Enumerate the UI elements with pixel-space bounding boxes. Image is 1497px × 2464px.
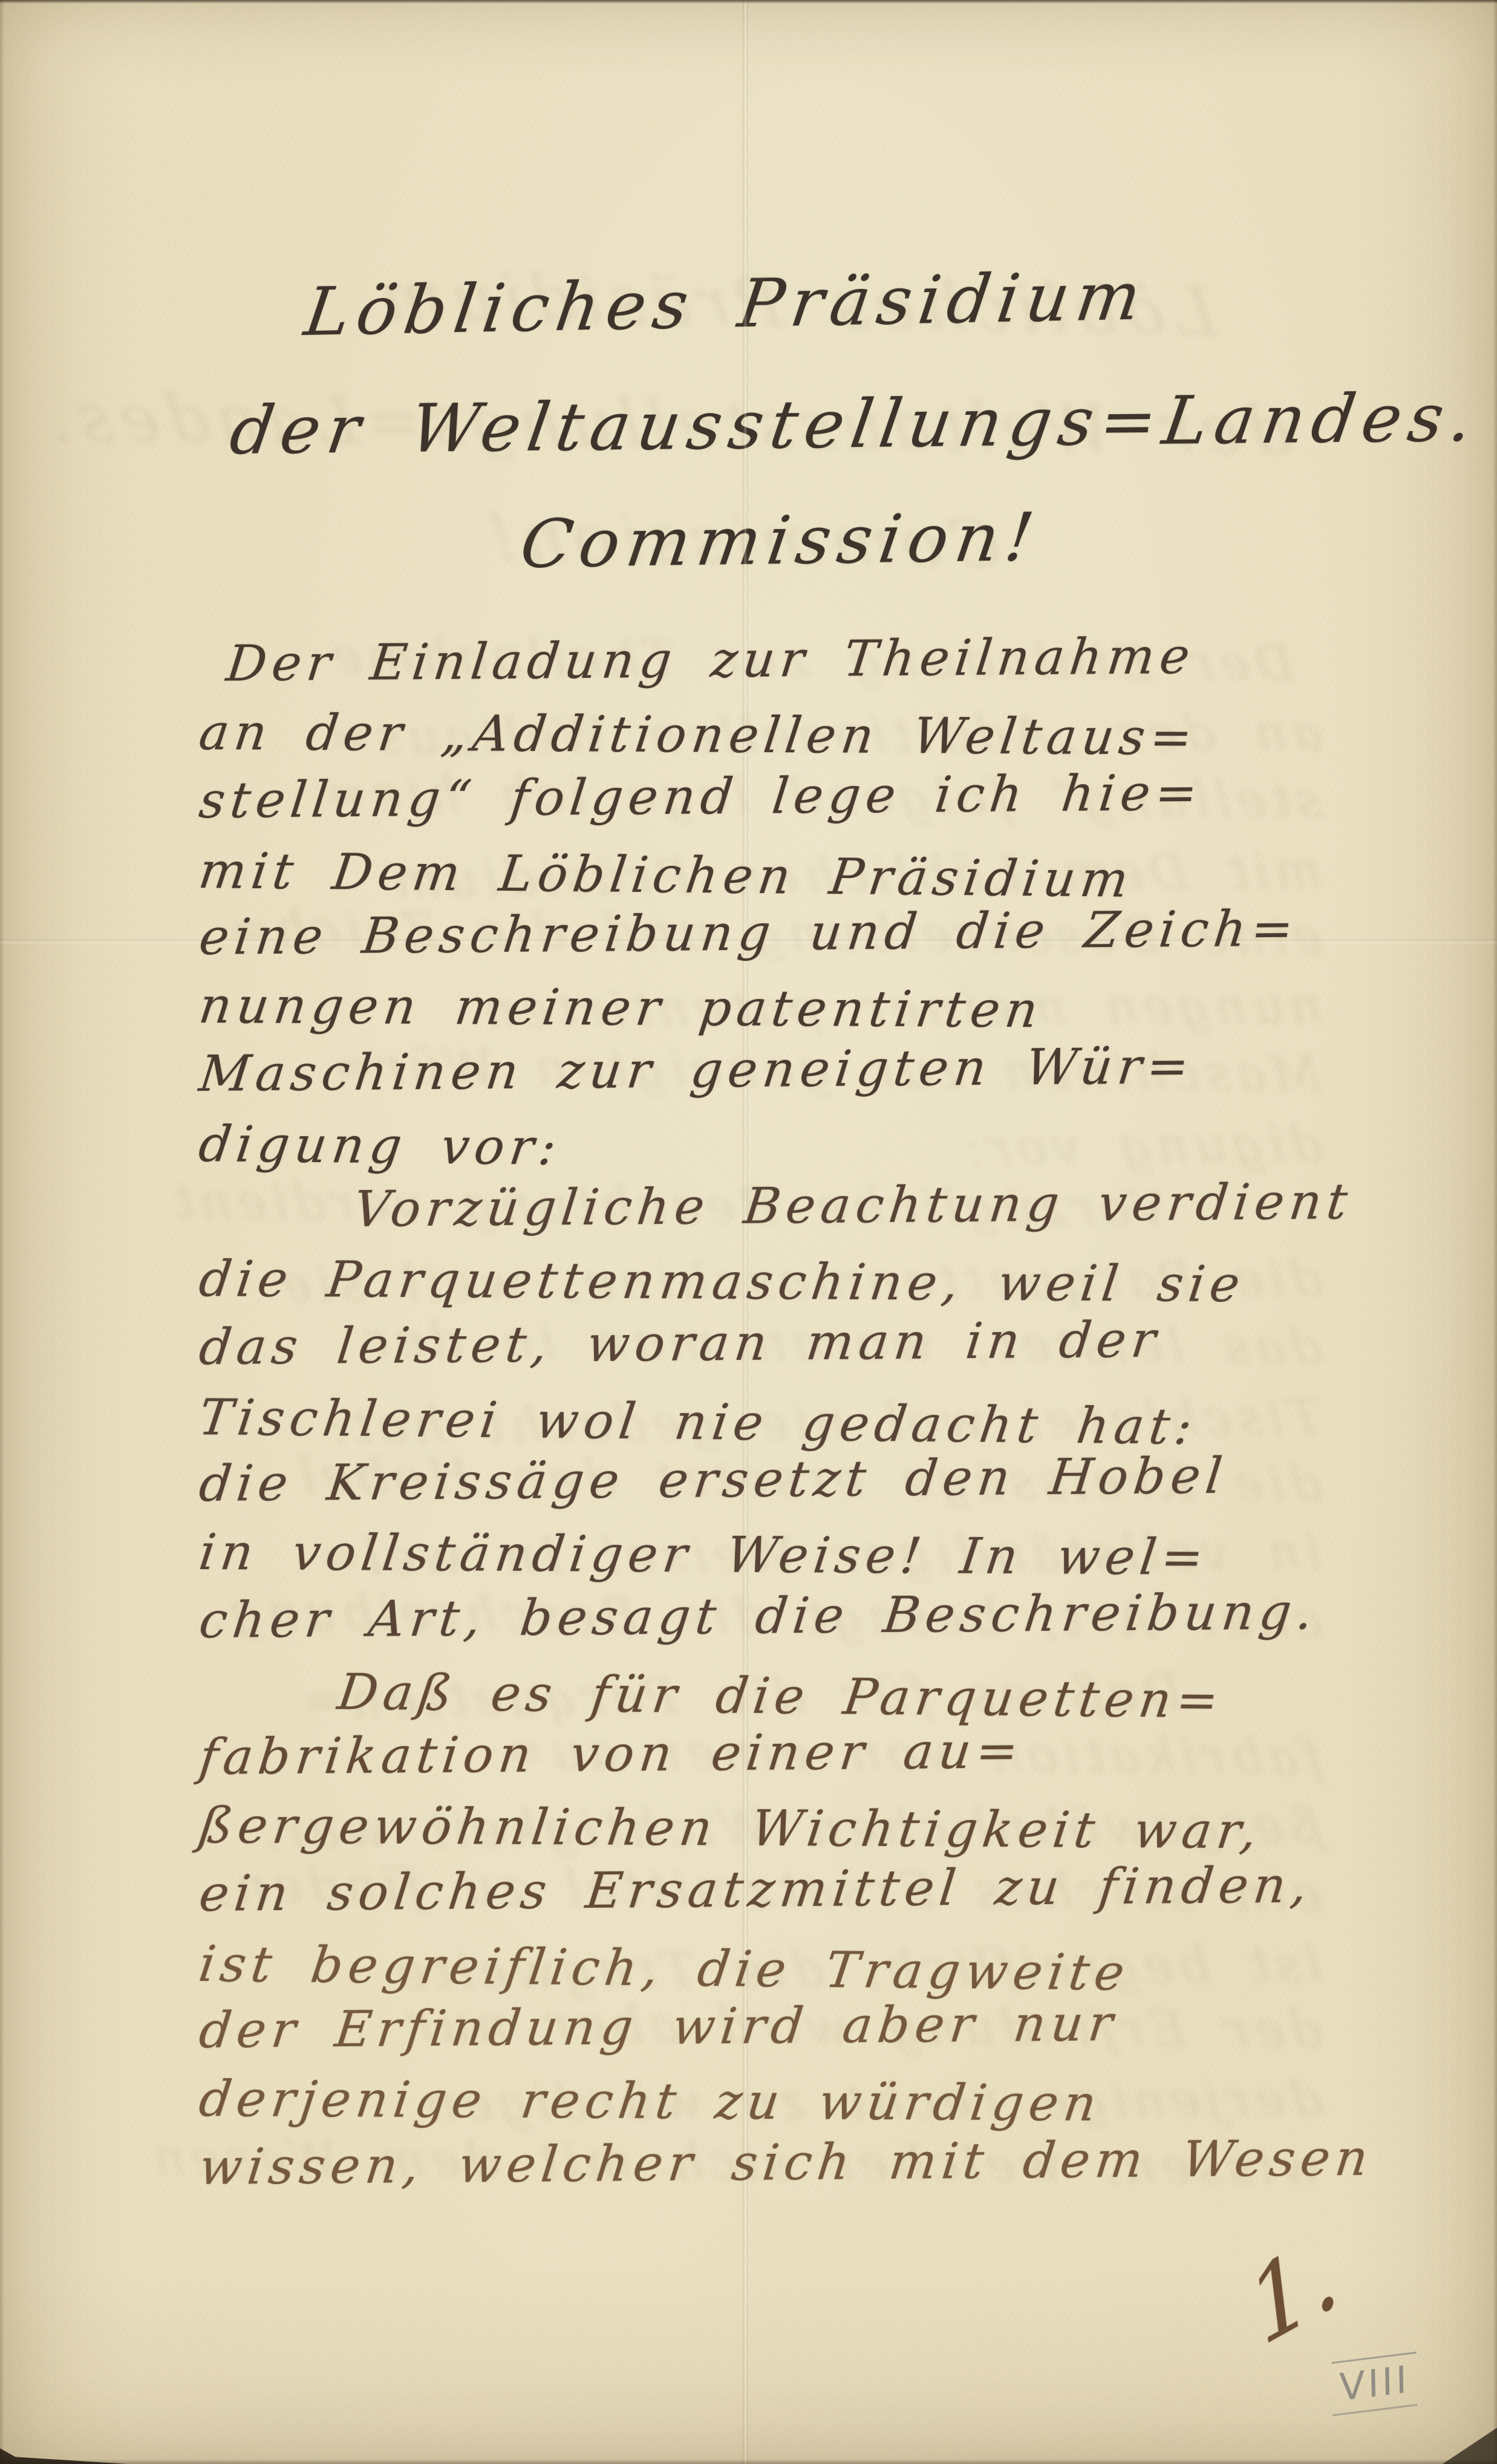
body-line: das leistet, woran man in der bbox=[196, 1303, 1478, 1382]
letter-body: Der Einladung zur Theilnahme an der „Add… bbox=[200, 630, 1473, 2202]
body-line: Der Einladung zur Theilnahme bbox=[196, 620, 1478, 698]
page-number: 1. bbox=[1236, 2215, 1349, 2368]
body-line: fabrikation von einer au= bbox=[196, 1713, 1478, 1792]
body-line: ein solches Ersatzmittel zu finden, bbox=[196, 1850, 1478, 1928]
body-line: Maschinen zur geneigten Wür= bbox=[196, 1030, 1478, 1108]
scan-edge-shadow bbox=[0, 2448, 127, 2464]
body-line: die Kreissäge ersetzt den Hobel bbox=[196, 1440, 1478, 1518]
body-line: wissen, welcher sich mit dem Wesen bbox=[196, 2123, 1478, 2202]
body-line: der Erfindung wird aber nur bbox=[196, 1986, 1478, 2065]
body-line: eine Beschreibung und die Zeich= bbox=[196, 893, 1478, 972]
body-line: stellung“ folgend lege ich hie= bbox=[196, 756, 1478, 835]
letter-page: Löbliches Präsidium der Weltausstellungs… bbox=[0, 0, 1497, 2464]
heading-line-3: Commission! bbox=[516, 498, 1046, 583]
archival-pencil-mark: VIII bbox=[1332, 2352, 1418, 2416]
heading-line-1: Löbliches Präsidium bbox=[300, 257, 1152, 351]
scan-edge-shadow bbox=[1443, 2428, 1497, 2464]
heading-line-2: der Weltausstellungs=Landes. bbox=[226, 379, 1485, 469]
body-line: Vorzügliche Beachtung verdient bbox=[196, 1166, 1478, 1245]
body-line: cher Art, besagt die Beschreibung. bbox=[196, 1576, 1478, 1655]
